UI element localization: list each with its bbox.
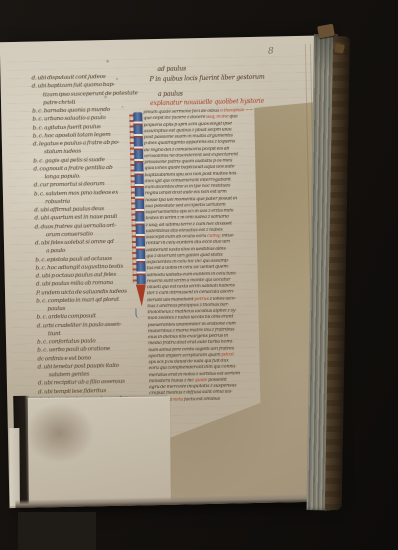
red-ink-word: pdixit xyxy=(221,352,234,357)
red-ink-word: petrus xyxy=(194,296,209,301)
red-ink-word: usq; in die xyxy=(206,115,228,120)
parchment-patch xyxy=(28,397,171,506)
red-ink-word: cumq; xyxy=(207,234,221,239)
red-ink-word: o theophile ~~ xyxy=(220,108,253,114)
main-text-block: pmum quide sermone feci de oibus o theop… xyxy=(143,108,268,404)
folio-number: 8 xyxy=(268,47,274,57)
book-page: 8 d. ubi disputauit cont judeosd. ubi ba… xyxy=(0,36,329,509)
manuscript-photo: 8 d. ubi disputauit cont judeosd. ubi ba… xyxy=(0,0,398,550)
clasp-remnant-icon xyxy=(334,43,345,54)
red-initial-tail xyxy=(136,284,146,306)
red-ink-word: notu xyxy=(173,397,183,402)
header-line-3: a paulus xyxy=(158,90,183,98)
flourish-tick xyxy=(135,308,142,318)
header-line-1: ad paulus xyxy=(157,65,186,73)
red-ink-word: quide xyxy=(195,378,208,383)
background-shadow-block xyxy=(18,512,96,550)
underlying-page-sliver xyxy=(9,428,20,506)
